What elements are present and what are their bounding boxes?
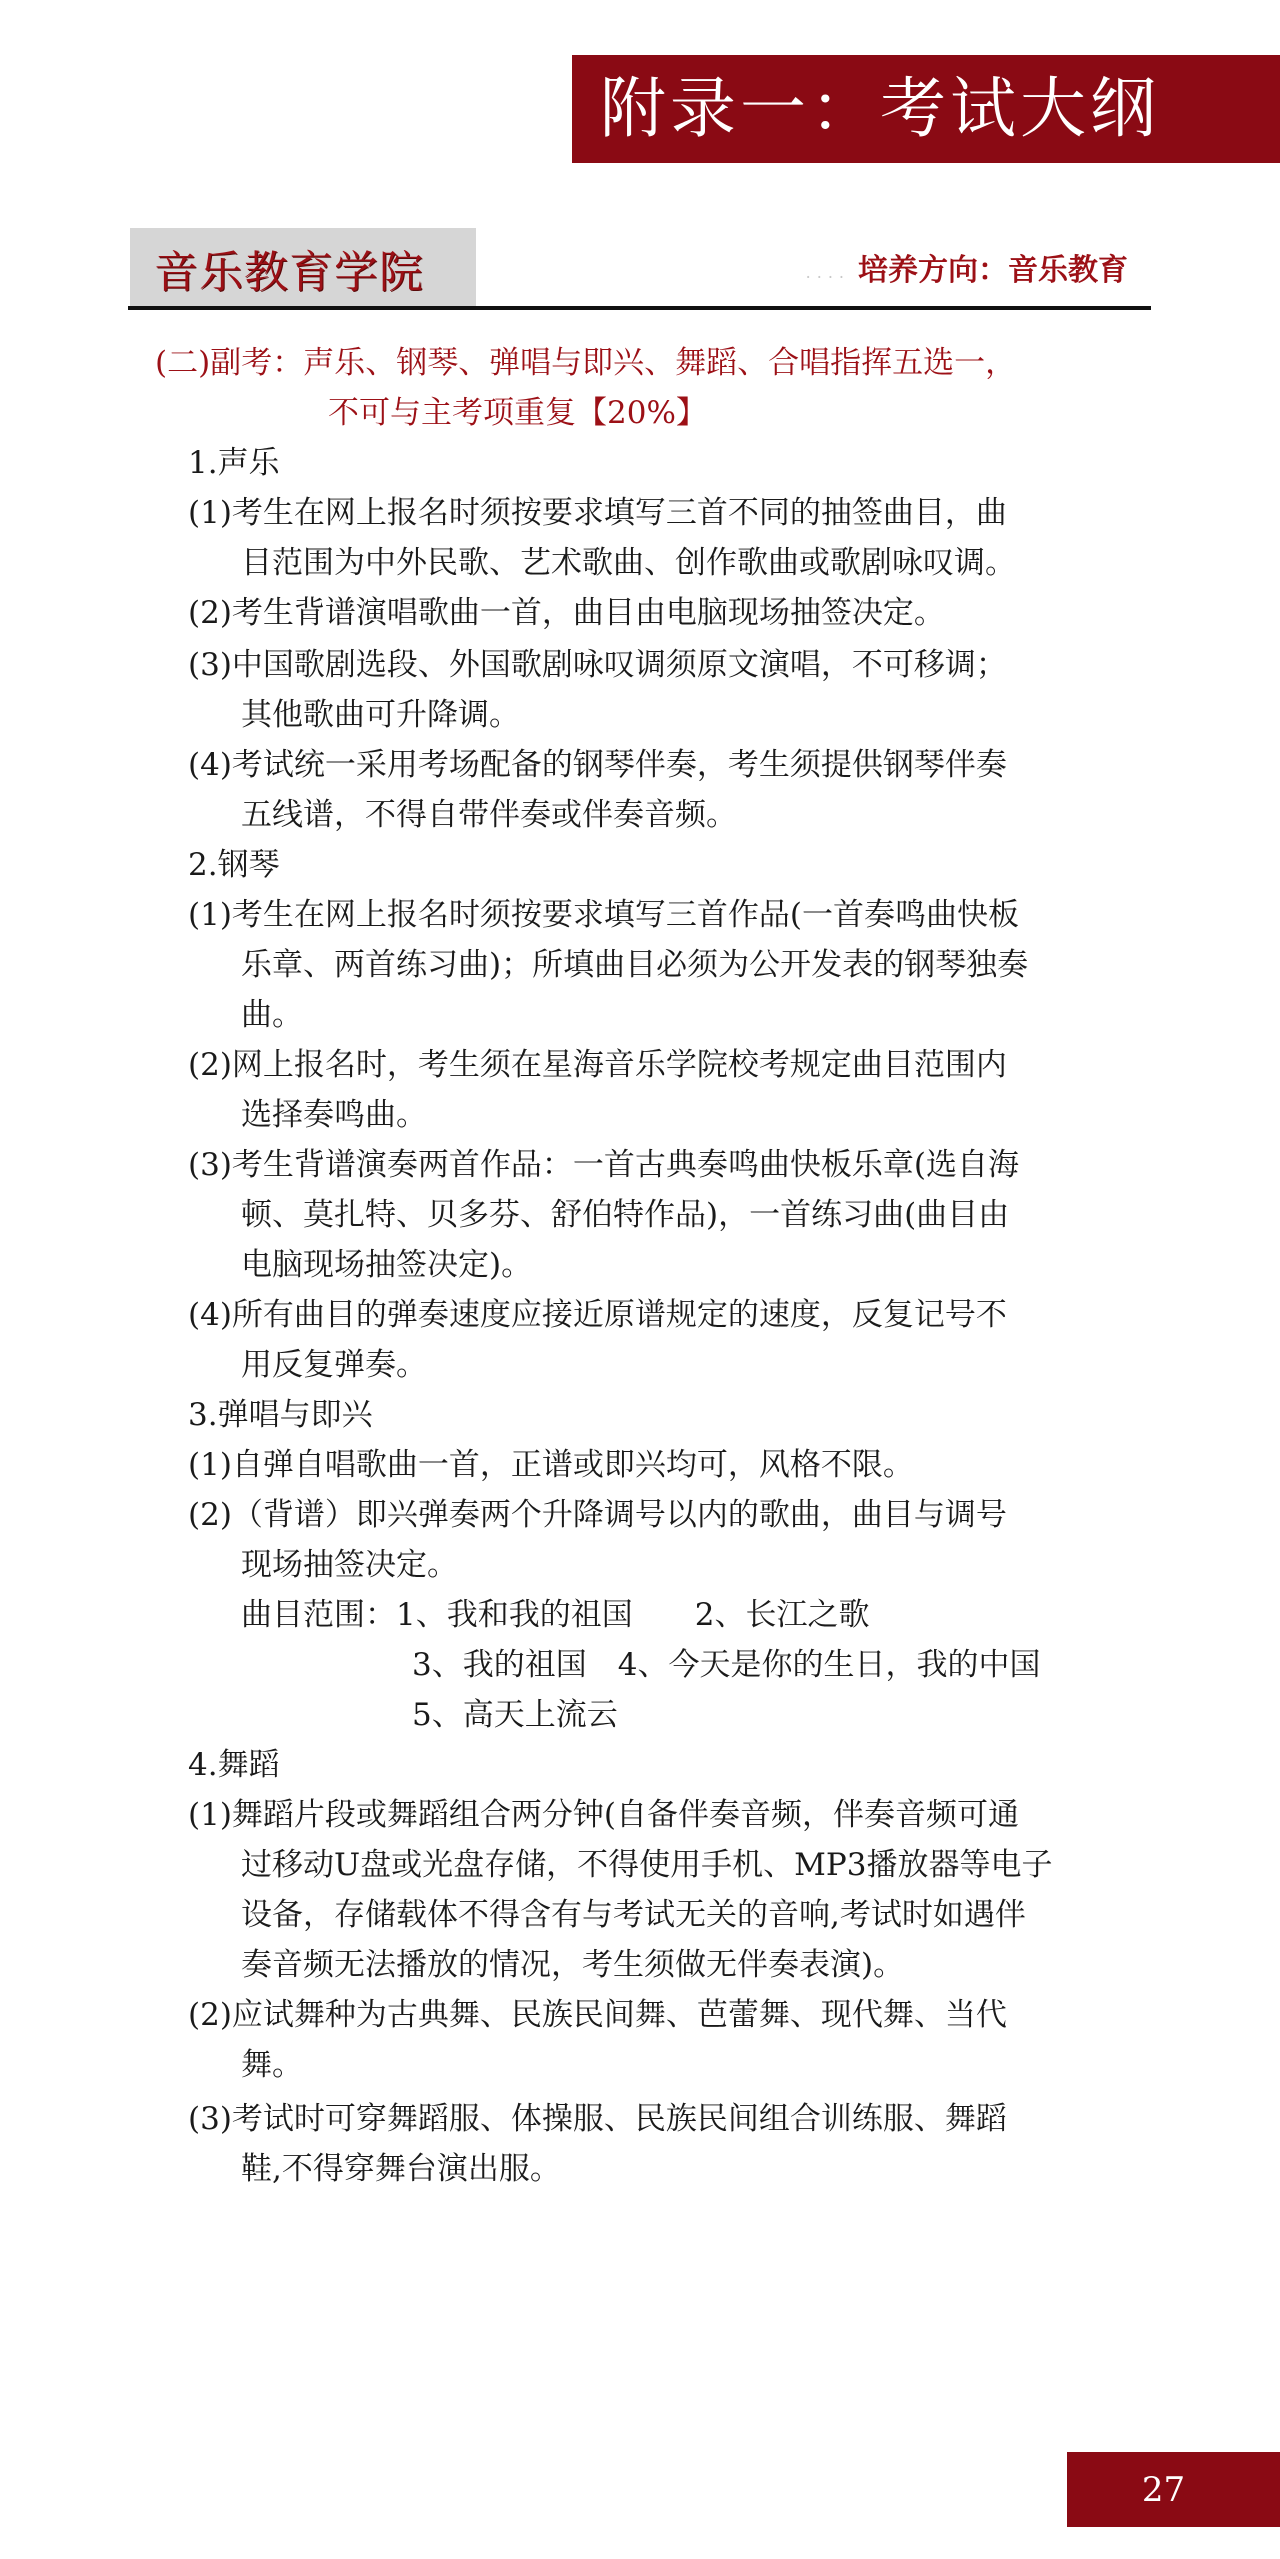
body-line: (2)网上报名时，考生须在星海音乐学院校考规定曲目范围内 [188, 1040, 1007, 1090]
body-line: 现场抽签决定。 [241, 1540, 458, 1590]
body-line: 用反复弹奏。 [241, 1340, 427, 1390]
department-name: 音乐教育学院 [154, 236, 424, 300]
body-line: 曲。 [241, 990, 303, 1040]
training-direction: .... 培养方向：音乐教育 [806, 245, 1128, 289]
body-line: 过移动U盘或光盘存储，不得使用手机、MP3播放器等电子 [241, 1840, 1052, 1890]
body-line: 曲目范围：1、我和我的祖国 2、长江之歌 [241, 1590, 869, 1640]
body-line: (1)考生在网上报名时须按要求填写三首不同的抽签曲目，曲 [188, 488, 1007, 538]
leader-dots: .... [806, 263, 850, 282]
body-line: 鞋,不得穿舞台演出服。 [241, 2144, 561, 2194]
body-line: 五线谱，不得自带伴奏或伴奏音频。 [241, 790, 737, 840]
training-direction-label: 培养方向：音乐教育 [858, 245, 1128, 289]
body-line: 选择奏鸣曲。 [241, 1090, 427, 1140]
body-line: (3)考生背谱演奏两首作品：一首古典奏鸣曲快板乐章(选自海 [188, 1140, 1019, 1190]
body-line: (2)考生背谱演唱歌曲一首，曲目由电脑现场抽签决定。 [188, 588, 945, 638]
body-line: 电脑现场抽签决定)。 [241, 1240, 532, 1290]
body-line: (3)中国歌剧选段、外国歌剧咏叹调须原文演唱，不可移调； [188, 640, 1007, 690]
body-line: 3、我的祖国 4、今天是你的生日，我的中国 [412, 1640, 1040, 1690]
section-heading-line-2: 不可与主考项重复【20%】 [328, 388, 707, 438]
body-line: (1)自弹自唱歌曲一首，正谱或即兴均可，风格不限。 [188, 1440, 914, 1490]
page-number: 27 [1142, 2470, 1185, 2510]
body-line: 其他歌曲可升降调。 [241, 690, 520, 740]
department-box: 音乐教育学院 [130, 228, 476, 308]
body-line: (4)所有曲目的弹奏速度应接近原谱规定的速度，反复记号不 [188, 1290, 1007, 1340]
body-line: 5、高天上流云 [412, 1690, 618, 1740]
body-line: (3)考试时可穿舞蹈服、体操服、民族民间组合训练服、舞蹈 [188, 2094, 1007, 2144]
body-line: 目范围为中外民歌、艺术歌曲、创作歌曲或歌剧咏叹调。 [241, 538, 1016, 588]
page-number-box: 27 [1067, 2452, 1280, 2527]
body-line: 设备，存储载体不得含有与考试无关的音响,考试时如遇伴 [241, 1890, 1026, 1940]
appendix-title-banner: 附录一：考试大纲 [572, 55, 1280, 163]
body-line: 2.钢琴 [188, 840, 280, 890]
section-heading-line-1: (二)副考：声乐、钢琴、弹唱与即兴、舞蹈、合唱指挥五选一， [155, 338, 1016, 388]
body-line: 3.弹唱与即兴 [188, 1390, 373, 1440]
body-line: 顿、莫扎特、贝多芬、舒伯特作品)，一首练习曲(曲目由 [241, 1190, 1009, 1240]
body-line: 1.声乐 [188, 438, 280, 488]
body-line: 奏音频无法播放的情况，考生须做无伴奏表演)。 [241, 1940, 904, 1990]
body-line: (4)考试统一采用考场配备的钢琴伴奏，考生须提供钢琴伴奏 [188, 740, 1007, 790]
body-line: (1)考生在网上报名时须按要求填写三首作品(一首奏鸣曲快板 [188, 890, 1019, 940]
body-line: 舞。 [241, 2040, 303, 2090]
body-line: 4.舞蹈 [188, 1740, 280, 1790]
body-line: 乐章、两首练习曲)；所填曲目必须为公开发表的钢琴独奏 [241, 940, 1028, 990]
body-line: (2)应试舞种为古典舞、民族民间舞、芭蕾舞、现代舞、当代 [188, 1990, 1007, 2040]
body-line: (1)舞蹈片段或舞蹈组合两分钟(自备伴奏音频，伴奏音频可通 [188, 1790, 1019, 1840]
appendix-title: 附录一：考试大纲 [600, 76, 1160, 142]
header-divider [128, 306, 1151, 310]
body-line: (2)（背谱）即兴弹奏两个升降调号以内的歌曲，曲目与调号 [188, 1490, 1007, 1540]
